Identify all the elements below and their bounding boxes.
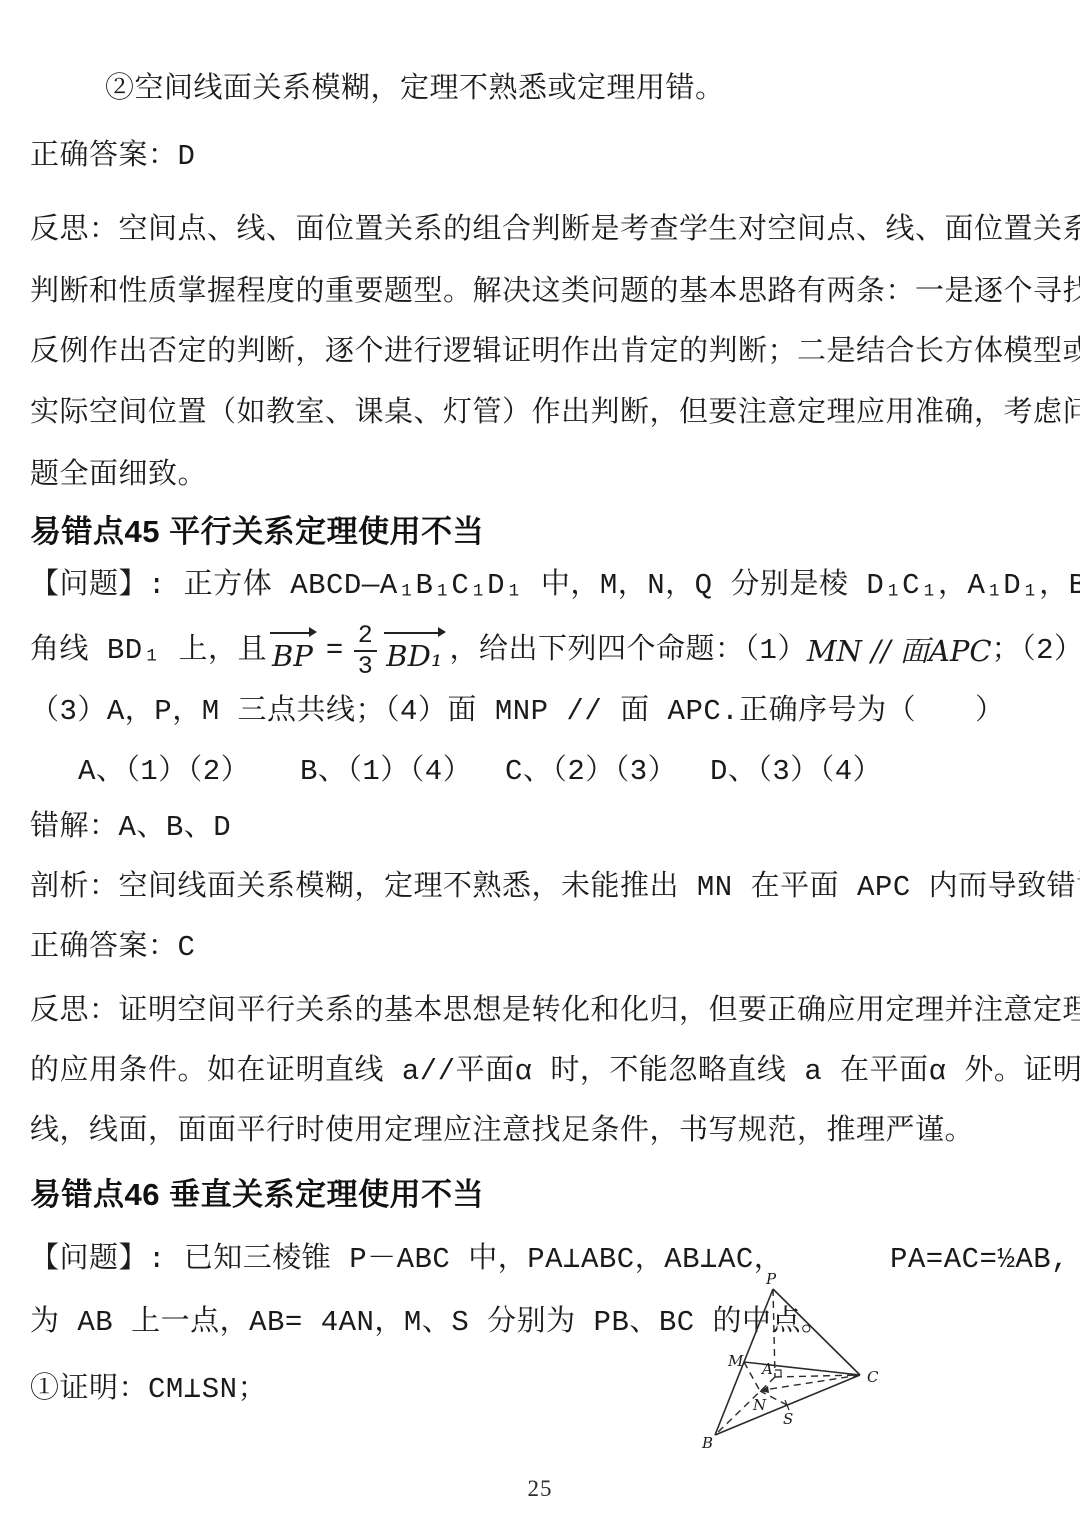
right-angle-mark xyxy=(775,1370,781,1377)
vector-bd1: BD₁ xyxy=(384,626,446,676)
fraction-two-thirds: 2 3 xyxy=(354,622,378,681)
problem45-line2-pre: 角线 BD₁ 上，且 xyxy=(30,631,267,671)
reflection45-line3: 线，线面，面面平行时使用定理应注意找足条件，书写规范，推理严谨。 xyxy=(30,1112,1060,1152)
option-d: D、（3）（4） xyxy=(710,752,882,792)
option-c: C、（2）（3） xyxy=(505,752,677,792)
answer-line-44: 正确答案：D xyxy=(30,137,1060,177)
section-heading-46: 易错点46 垂直关系定理使用不当 xyxy=(30,1175,1060,1215)
problem45-line2: 角线 BD₁ 上，且 BP = 2 3 BD₁ ，给出下列四个命题：（1） MN… xyxy=(30,608,1060,694)
reflection44-line5: 题全面细致。 xyxy=(30,456,1060,496)
reflection45-line1: 反思：证明空间平行关系的基本思想是转化和化归，但要正确应用定理并注意定理 xyxy=(30,992,1060,1032)
vector-bp: BP xyxy=(270,626,317,676)
label-c: C xyxy=(867,1368,879,1386)
intro-point2: ②空间线面关系模糊，定理不熟悉或定理用错。 xyxy=(30,70,1060,110)
problem45-line2-post: ；（2）C₁Q // 面 APC； xyxy=(992,631,1080,671)
equals-sign: = xyxy=(326,631,344,671)
label-p: P xyxy=(765,1272,777,1288)
reflection44-line4: 实际空间位置（如教室、课桌、灯管）作出判断，但要注意定理应用准确，考虑问 xyxy=(30,394,1060,434)
reflection45-line2: 的应用条件。如在证明直线 a//平面α 时，不能忽略直线 a 在平面α 外。证明… xyxy=(30,1052,1060,1092)
problem45-line2-mid: ，给出下列四个命题：（1） xyxy=(449,631,806,671)
wrong-answer-45: 错解：A、B、D xyxy=(30,808,1060,848)
document-page: ②空间线面关系模糊，定理不熟悉或定理用错。 正确答案：D 反思：空间点、线、面位… xyxy=(0,0,1080,1532)
fraction-numerator: 2 xyxy=(354,622,378,653)
label-a: A xyxy=(760,1360,773,1378)
segment-mn-dashed xyxy=(744,1362,760,1391)
section-heading-45: 易错点45 平行关系定理使用不当 xyxy=(30,512,1060,552)
problem46-line1-left: 【问题】: 已知三棱锥 P－ABC 中，PA⊥ABC，AB⊥AC， xyxy=(30,1243,783,1276)
label-s: S xyxy=(783,1410,793,1428)
edge-pc xyxy=(773,1289,860,1375)
tetrahedron-figure: P M A C N S B xyxy=(690,1272,910,1472)
answer-line-45: 正确答案：C xyxy=(30,928,1060,968)
edge-pa-dashed xyxy=(773,1289,775,1377)
reflection44-line3: 反例作出否定的判断，逐个进行逻辑证明作出肯定的判断；二是结合长方体模型或 xyxy=(30,333,1060,373)
problem45-line1: 【问题】: 正方体 ABCD—A₁B₁C₁D₁ 中，M，N，Q 分别是棱 D₁C… xyxy=(30,566,1060,606)
label-m: M xyxy=(727,1352,744,1370)
option-b: B、（1）（4） xyxy=(300,752,472,792)
reflection44-line1: 反思：空间点、线、面位置关系的组合判断是考查学生对空间点、线、面位置关系 xyxy=(30,211,1060,251)
page-number: 25 xyxy=(0,1476,1080,1502)
problem45-math1: MN // 面APC xyxy=(807,631,992,671)
problem46-line1-right: PA=AC=½AB, N xyxy=(890,1240,1080,1280)
reflection44-line2: 判断和性质掌握程度的重要题型。解决这类问题的基本思路有两条：一是逐个寻找 xyxy=(30,273,1060,313)
problem45-line3: （3）A，P，M 三点共线；（4）面 MNP // 面 APC.正确序号为（ ） xyxy=(30,692,1060,732)
label-b: B xyxy=(701,1434,713,1452)
option-a: A、（1）（2） xyxy=(78,752,250,792)
analysis-45: 剖析：空间线面关系模糊，定理不熟悉，未能推出 MN 在平面 APC 内而导致错误… xyxy=(30,868,1060,908)
fraction-denominator: 3 xyxy=(358,652,374,681)
label-n: N xyxy=(752,1396,767,1414)
options-row: A、（1）（2） B、（1）（4） C、（2）（3） D、（3）（4） xyxy=(30,752,1060,792)
